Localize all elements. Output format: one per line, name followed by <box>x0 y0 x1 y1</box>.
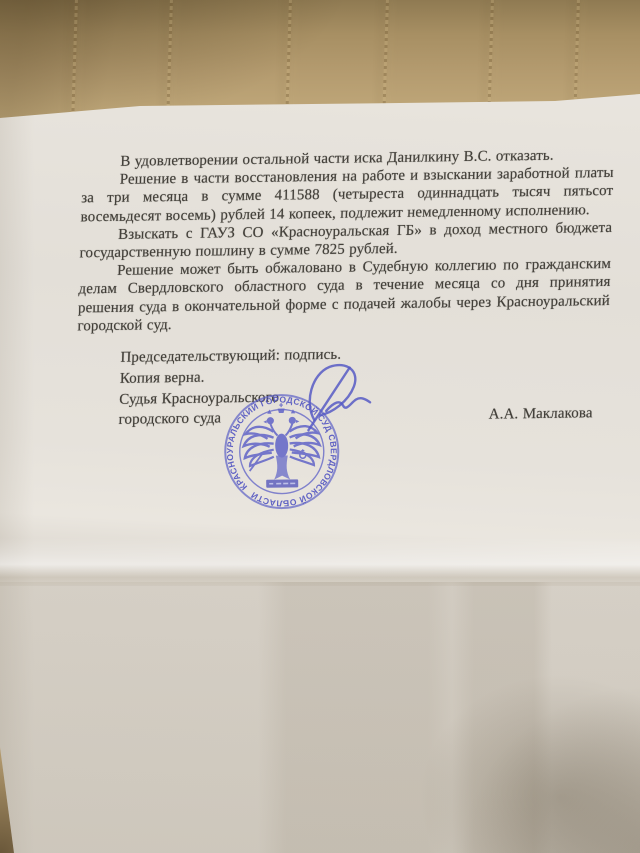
paper-sheet: В удовлетворении остальной части иска Да… <box>0 0 640 853</box>
decision-paragraph: Решение может быть обжаловано в Судебную… <box>77 255 611 335</box>
handwritten-signature <box>295 357 396 438</box>
document-content: В удовлетворении остальной части иска Да… <box>0 0 640 853</box>
decision-paragraph: Решение в части восстановления на работе… <box>80 164 614 226</box>
signature-stroke <box>308 368 351 431</box>
court-name-line: городского суда <box>74 409 221 432</box>
judge-name: А.А. Маклакова <box>488 404 592 426</box>
fabric-seam <box>71 0 78 128</box>
photo-of-court-document: В удовлетворении остальной части иска Да… <box>0 0 640 853</box>
